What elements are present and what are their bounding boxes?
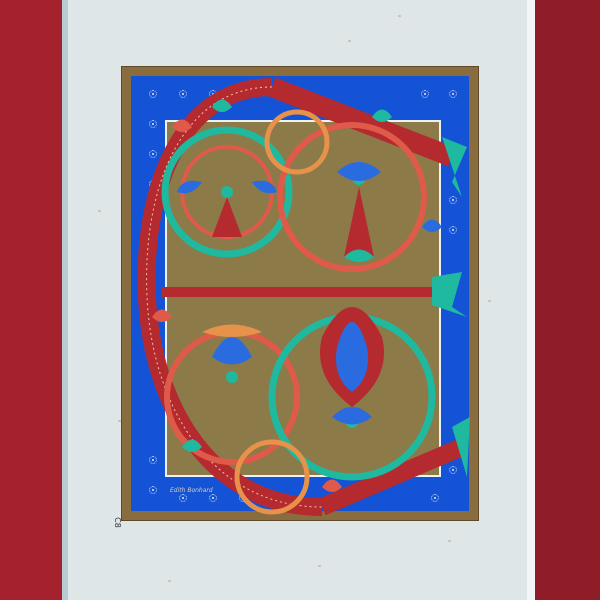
illuminated-letter bbox=[122, 67, 480, 522]
red-mat-right bbox=[535, 0, 600, 600]
red-mat-left bbox=[0, 0, 62, 600]
paper-edge-right bbox=[527, 0, 535, 600]
artist-signature: Edith Bonhard bbox=[170, 487, 213, 494]
corner-mark: C8 bbox=[113, 517, 122, 528]
artwork-frame bbox=[121, 66, 479, 521]
